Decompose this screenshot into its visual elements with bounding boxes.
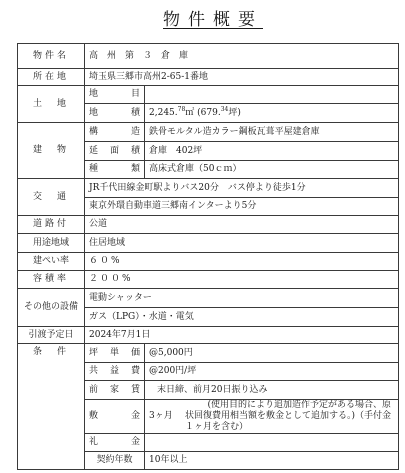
value-zoning: 住居地域 — [85, 234, 399, 253]
label-building-structure: 構造 — [85, 123, 145, 142]
label-building: 建 物 — [18, 123, 85, 179]
value-advance-rent: 末日締、前月20日振り込み — [145, 381, 399, 400]
value-facilities-utilities: ガス（LPG）・水道・電気 — [85, 308, 399, 327]
row-facilities-1: その他の設備 電動シャッター — [18, 289, 399, 308]
label-handover-date: 引渡予定日 — [18, 327, 85, 344]
row-land-category: 土 地 地目 — [18, 86, 399, 104]
value-land-area: 2,245.78㎡ (679.34坪) — [145, 104, 399, 123]
value-building-structure: 鉄骨モルタル造カラー鋼板瓦葺平屋建倉庫 — [145, 123, 399, 142]
deposit-months: 3ヶ月 — [149, 411, 185, 422]
document-title: 物件概要 — [163, 8, 269, 32]
row-coverage: 建ぺい率 ６０% — [18, 253, 399, 271]
label-building-floor-area: 延面積 — [85, 142, 145, 161]
label-property-name: 物件名 — [18, 44, 85, 69]
row-zoning: 用途地域 住居地域 — [18, 234, 399, 253]
value-property-name: 高州第３倉庫 — [85, 44, 399, 69]
value-handover-date: 2024年7月1日 — [85, 327, 399, 344]
value-key-money — [145, 434, 399, 452]
label-facilities: その他の設備 — [18, 289, 85, 327]
value-road: 公道 — [85, 216, 399, 234]
value-contract-term: 10年以上 — [145, 452, 399, 470]
value-common-fee: @200円/坪 — [145, 363, 399, 381]
label-deposit: 敷金 — [85, 400, 145, 434]
row-road: 道路付 公道 — [18, 216, 399, 234]
value-access-car: 東京外環自動車道三郷南インターより5分 — [85, 198, 399, 216]
row-property-name: 物件名 高州第３倉庫 — [18, 44, 399, 69]
row-address: 所在地 埼玉県三郷市高州2-65-1番地 — [18, 69, 399, 86]
row-building-structure: 建 物 構造 鉄骨モルタル造カラー鋼板瓦葺平屋建倉庫 — [18, 123, 399, 142]
value-building-floor-area: 倉庫 402坪 — [145, 142, 399, 161]
label-unit-price: 坪単価 — [85, 344, 145, 363]
label-address: 所在地 — [18, 69, 85, 86]
label-contract-term: 契約年数 — [85, 452, 145, 470]
row-handover: 引渡予定日 2024年7月1日 — [18, 327, 399, 344]
label-land-area: 地積 — [85, 104, 145, 123]
label-coverage-ratio: 建ぺい率 — [18, 253, 85, 271]
value-address: 埼玉県三郷市高州2-65-1番地 — [85, 69, 399, 86]
value-deposit: 3ヶ月 (使用目的により追加造作予定がある場合、原状回復費用相当額を敷金として追… — [145, 400, 399, 434]
label-zoning: 用途地域 — [18, 234, 85, 253]
row-conditions-unit-price: 条 件 坪単価 @5,000円 — [18, 344, 399, 363]
label-road: 道路付 — [18, 216, 85, 234]
value-access-train: JR千代田線金町駅よりバス20分 バス停より徒歩1分 — [85, 179, 399, 198]
value-unit-price: @5,000円 — [145, 344, 399, 363]
row-far: 容積率 ２００% — [18, 271, 399, 289]
label-advance-rent: 前家賃 — [85, 381, 145, 400]
value-floor-area-ratio: ２００% — [85, 271, 399, 289]
row-access-train: 交 通 JR千代田線金町駅よりバス20分 バス停より徒歩1分 — [18, 179, 399, 198]
value-coverage-ratio: ６０% — [85, 253, 399, 271]
label-access: 交 通 — [18, 179, 85, 216]
label-building-type: 種類 — [85, 161, 145, 179]
deposit-note: (使用目的により追加造作予定がある場合、原状回復費用相当額を敷金として追加する。… — [185, 400, 394, 433]
label-floor-area-ratio: 容積率 — [18, 271, 85, 289]
value-land-category — [145, 86, 399, 104]
value-facilities-shutter: 電動シャッター — [85, 289, 399, 308]
label-land: 土 地 — [18, 86, 85, 123]
label-key-money: 礼金 — [85, 434, 145, 452]
property-summary-table: 物件名 高州第３倉庫 所在地 埼玉県三郷市高州2-65-1番地 土 地 地目 地… — [17, 43, 399, 470]
value-building-type: 高床式倉庫（50ｃｍ） — [145, 161, 399, 179]
label-conditions: 条 件 — [18, 344, 85, 470]
label-common-fee: 共益費 — [85, 363, 145, 381]
label-land-category: 地目 — [85, 86, 145, 104]
